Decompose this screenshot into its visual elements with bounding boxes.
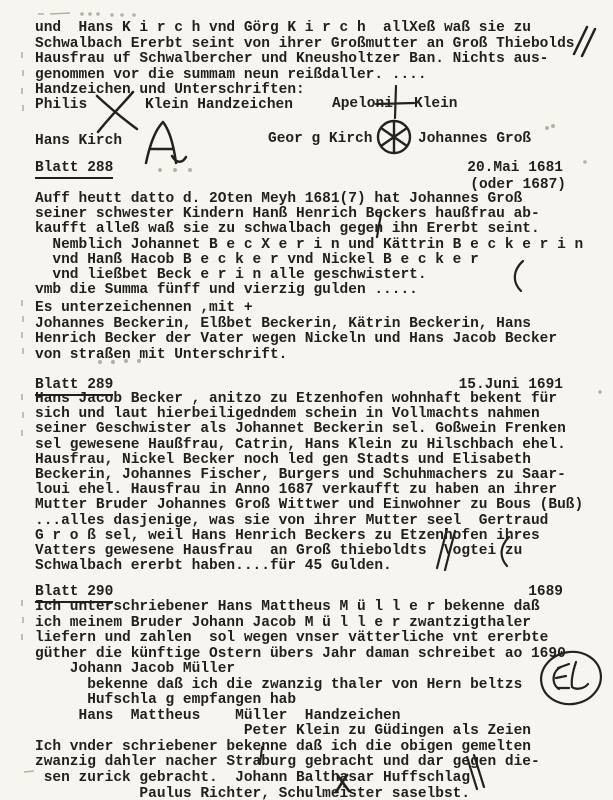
text-line: sen zurick gebracht. Johann Balthasar Hu… (35, 771, 613, 787)
blatt-290-paragraph: Ich unterschriebener Hans Mattheus M ü l… (35, 600, 613, 800)
text-line: loui ehel. Hausfrau in Anno 1687 verkauf… (35, 483, 613, 498)
text-line: G r o ß sel, weil Hans Henrich Beckers z… (35, 529, 613, 544)
text-line: vnd Hanß Hacob B e c k e r vnd Nickel B … (35, 253, 613, 268)
philis-klein-label: Klein Handzeichen (145, 97, 293, 113)
text-line: genommen vor die summam neun reißdaller.… (35, 68, 613, 84)
text-line: Hufschla g empfangen hab (35, 693, 613, 709)
text-line: vnd ließbet Beck e r i n alle geschwiste… (35, 268, 613, 283)
scanned-document-page: und Hans K i r c h vnd Görg K i r c h al… (0, 0, 613, 800)
text-line: Vatters gewesene Hausfrau an Groß thiebo… (35, 544, 613, 559)
text-line: Nemblich Johannet B e c X e r i n und Kä… (35, 238, 613, 253)
text-line: vmb die Summa fünff und vierzig gulden .… (35, 283, 613, 298)
text-line: Hans Jacob Becker , anitzo zu Etzenhofen… (35, 392, 613, 407)
text-line: seiner Geschwister als Johannet Beckerin… (35, 422, 613, 437)
text-line: Hausfrau uf Schwalbercher und Kneusholtz… (35, 52, 613, 68)
text-line: Es unterzeichennen ,mit + (35, 301, 613, 317)
text-line: sich und laut hierbeiligedndem schein in… (35, 407, 613, 422)
text-line: Johannes Beckerin, Elßbet Beckerin, Kätr… (35, 317, 613, 333)
text-line: und Hans K i r c h vnd Görg K i r c h al… (35, 21, 613, 37)
blatt-288-paragraph-1: Auff heutt datto d. 2Oten Meyh 1681(7) h… (35, 192, 613, 298)
signer-georg-kirch: Geor g Kirch (268, 131, 372, 147)
blatt-288-paragraph-2: Es unterzeichennen ,mit +Johannes Becker… (35, 301, 613, 363)
text-line: sel gewesene Haußfrau, Catrin, Hans Klei… (35, 438, 613, 453)
signer-philis-klein: Philis (35, 97, 87, 113)
text-line: von straßen mit Unterschrift. (35, 348, 613, 364)
text-line: zwanzig dahler nacher Straburg gebracht … (35, 755, 613, 771)
text-line: Hausfrau, Nickel Becker noch led gen Sta… (35, 453, 613, 468)
text-line: seiner schwester Kindern Hanß Henrich Be… (35, 207, 613, 222)
text-line: Peter Klein zu Güdingen als Zeien (35, 724, 613, 740)
text-line: Ich vnder schriebener bekenne daß ich di… (35, 740, 613, 756)
text-line: güther die künftige Ostern übers Jahr da… (35, 647, 613, 663)
monogram-a-icon (146, 122, 186, 163)
text-line: Schwalbach Ererbt seint von ihrer Großmu… (35, 37, 613, 53)
text-line: Paulus Richter, Schulmeister saselbst. (35, 787, 613, 800)
text-line: ich meinem Bruder Johann Jacob M ü l l e… (35, 616, 613, 632)
text-line: Henrich Becker der Vater wegen Nickeln u… (35, 332, 613, 348)
text-line: Handzeichen und Unterschriften: (35, 83, 613, 99)
text-line: Auff heutt datto d. 2Oten Meyh 1681(7) h… (35, 192, 613, 207)
intro-paragraph: und Hans K i r c h vnd Görg K i r c h al… (35, 21, 613, 99)
text-line: bekenne daß ich die zwanzig thaler von H… (35, 678, 613, 694)
text-line: kaufft alleß waß sie zu schwalbach gegen… (35, 222, 613, 237)
text-line: Schwalbach ererbt haben....für 45 Gulden… (35, 559, 613, 574)
signer-johannes-gross: Johannes Groß (418, 131, 531, 147)
text-line: Beckerin, Johannes Fischer, Burgers und … (35, 468, 613, 483)
signer-hans-kirch: Hans Kirch (35, 133, 122, 149)
text-line: Mutter Bruder Johannes Groß Wittwer und … (35, 498, 613, 513)
signer-apeloni-klein: Apeloni (332, 96, 393, 112)
text-line: Hans Mattheus Müller Handzeichen (35, 709, 613, 725)
text-line: Ich unterschriebener Hans Mattheus M ü l… (35, 600, 613, 616)
blatt-289-paragraph: Hans Jacob Becker , anitzo zu Etzenhofen… (35, 392, 613, 574)
text-line: liefern und zahlen sol wegen vnser vätte… (35, 631, 613, 647)
text-line: ...alles dasjenige, was sie von ihrer Mu… (35, 514, 613, 529)
wheel-mark-icon (378, 121, 410, 153)
apeloni-klein-label: Klein (414, 96, 458, 112)
text-line: Johann Jacob Müller (35, 662, 613, 678)
